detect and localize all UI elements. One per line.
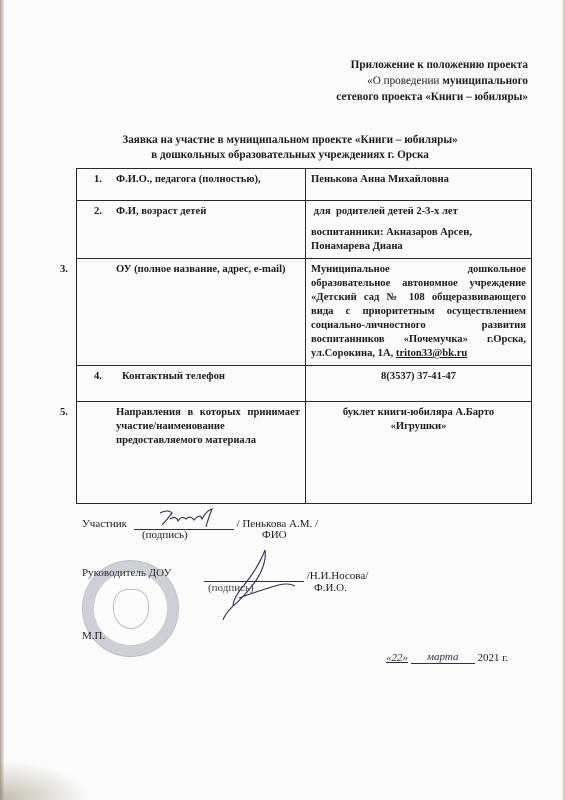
row-value: 8(3537) 37-41-47 [306, 366, 532, 402]
stamp-emblem-icon [113, 589, 149, 629]
stamp-label: М.П. [82, 630, 105, 642]
page-edge [0, 0, 4, 800]
date-year: 2021 г. [478, 652, 509, 664]
signature-icon [156, 507, 226, 529]
table-row: 1.Ф.И.О., педагога (полностью), Пенькова… [77, 169, 532, 201]
appendix-line-1: Приложение к положению проекта [288, 57, 528, 73]
application-table: 1.Ф.И.О., педагога (полностью), Пенькова… [76, 168, 532, 504]
row-label: 5.Направления в которых принимает участи… [77, 402, 306, 504]
date-block: «22» марта 2021 г. [386, 651, 508, 664]
participant-label: Участник [82, 518, 127, 530]
table-row: 5.Направления в которых принимает участи… [77, 402, 532, 504]
participant-signature-block: Участник / Пенькова А.М. / [82, 515, 318, 530]
title-line-1: Заявка на участие в муниципальном проект… [60, 133, 520, 148]
scan-smudge [0, 760, 90, 800]
participant-name-caption: ФИО [262, 529, 287, 541]
row-value: Муниципальное дошкольное образовательное… [306, 259, 532, 366]
appendix-line-3: сетевого проекта «Книги – юбиляры» [288, 89, 528, 105]
row-label: 2.Ф.И, возраст детей [77, 201, 306, 259]
row-value: для родителей детей 2-3-х лет воспитанни… [306, 201, 532, 259]
document-title: Заявка на участие в муниципальном проект… [60, 133, 520, 163]
date-month: марта [411, 651, 475, 664]
official-stamp [82, 560, 179, 657]
row-value: буклет книги-юбиляра А.Барто «Игрушки» [306, 402, 532, 504]
row-label: 1.Ф.И.О., педагога (полностью), [77, 169, 306, 201]
table-row: 2.Ф.И, возраст детей для родителей детей… [77, 201, 532, 259]
participant-signature-line [134, 515, 234, 530]
email-link[interactable]: triton33@bk.ru [396, 348, 467, 359]
row-label: 3.ОУ (полное название, адрес, e-mail) [77, 259, 306, 366]
table-row: 4.Контактный телефон 8(3537) 37-41-47 [77, 366, 532, 402]
head-name: /Н.И.Носова/ [307, 570, 369, 582]
participant-sign-caption: (подпись) [142, 529, 188, 541]
appendix-line-2: «О проведении муниципального [288, 73, 528, 89]
date-day: «22» [386, 652, 408, 664]
appendix-note: Приложение к положению проекта «О провед… [288, 57, 528, 105]
table-row: 3.ОУ (полное название, адрес, e-mail) Му… [77, 259, 532, 366]
row-label: 4.Контактный телефон [77, 366, 306, 402]
title-line-2: в дошкольных образовательных учреждениях… [60, 148, 520, 163]
head-sign-caption: (подпись) [208, 582, 254, 594]
head-name-caption: Ф.И.О. [314, 582, 347, 594]
row-value: Пенькова Анна Михайловна [306, 169, 532, 201]
